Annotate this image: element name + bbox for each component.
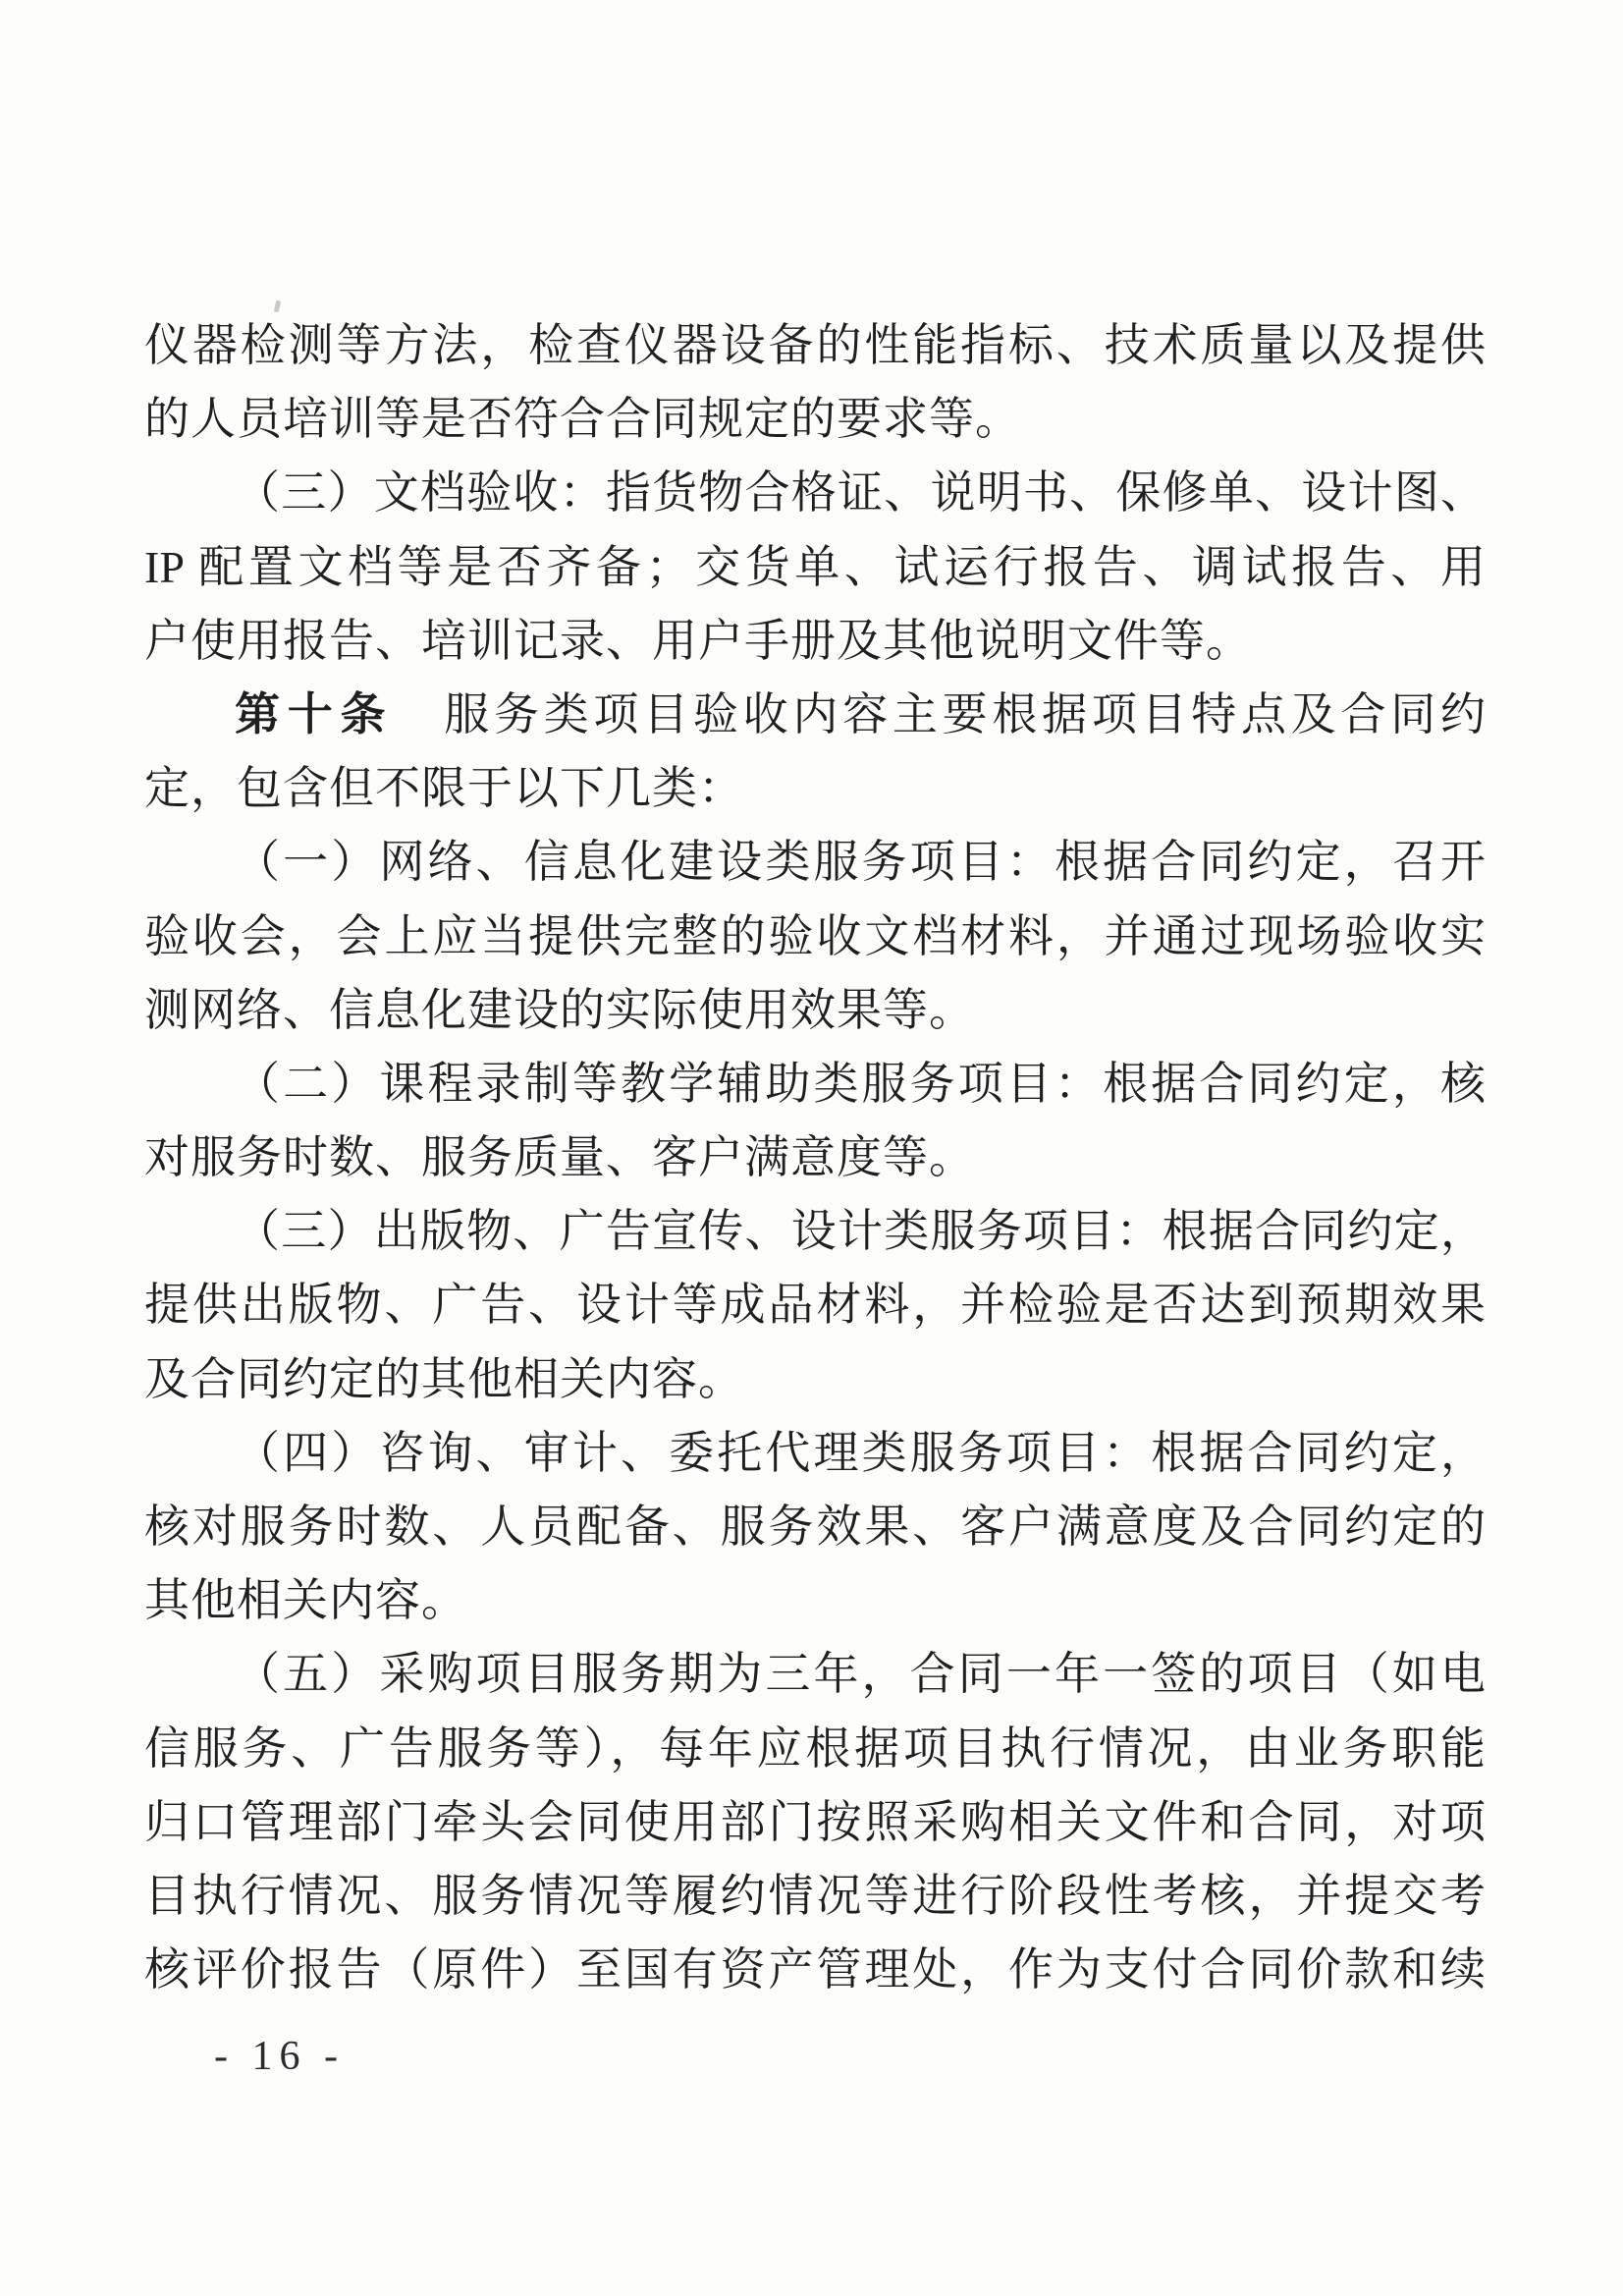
text-line: 仪器检测等方法，检查仪器设备的性能指标、技术质量以及提供 (144, 308, 1486, 382)
scanned-document-page: 仪器检测等方法，检查仪器设备的性能指标、技术质量以及提供 的人员培训等是否符合合… (0, 0, 1623, 2296)
text-line-article-10: 第十条服务类项目验收内容主要根据项目特点及合同约 (144, 678, 1486, 751)
text-line: （五）采购项目服务期为三年，合同一年一签的项目（如电 (144, 1637, 1486, 1711)
text-line: 的人员培训等是否符合合同规定的要求等。 (144, 382, 1486, 456)
text-line: 定，包含但不限于以下几类： (144, 751, 1486, 825)
text-line: 目执行情况、服务情况等履约情况等进行阶段性考核，并提交考 (144, 1859, 1486, 1933)
text-line: （一）网络、信息化建设类服务项目：根据合同约定，召开 (144, 825, 1486, 899)
text-line: 户使用报告、培训记录、用户手册及其他说明文件等。 (144, 604, 1486, 678)
text-line: 核对服务时数、人员配备、服务效果、客户满意度及合同约定的 (144, 1490, 1486, 1563)
text-line: （二）课程录制等教学辅助类服务项目：根据合同约定，核 (144, 1047, 1486, 1121)
document-body: 仪器检测等方法，检查仪器设备的性能指标、技术质量以及提供 的人员培训等是否符合合… (144, 308, 1486, 2006)
text-line: （四）咨询、审计、委托代理类服务项目：根据合同约定， (144, 1416, 1486, 1490)
page-number: - 16 - (214, 2033, 345, 2080)
text-line: （三）文档验收：指货物合格证、说明书、保修单、设计图、 (144, 456, 1486, 529)
text-line: 测网络、信息化建设的实际使用效果等。 (144, 973, 1486, 1047)
text-line: 验收会，会上应当提供完整的验收文档材料，并通过现场验收实 (144, 900, 1486, 973)
text-line: 提供出版物、广告、设计等成品材料，并检验是否达到预期效果 (144, 1268, 1486, 1341)
text-line: 及合同约定的其他相关内容。 (144, 1342, 1486, 1416)
article-10-text: 服务类项目验收内容主要根据项目特点及合同约 (444, 689, 1486, 739)
text-line: 归口管理部门牵头会同使用部门按照采购相关文件和合同，对项 (144, 1785, 1486, 1859)
text-line: 对服务时数、服务质量、客户满意度等。 (144, 1121, 1486, 1194)
text-line: IP 配置文档等是否齐备；交货单、试运行报告、调试报告、用 (144, 530, 1486, 604)
text-line: 其他相关内容。 (144, 1563, 1486, 1637)
text-line: 信服务、广告服务等），每年应根据项目执行情况，由业务职能 (144, 1712, 1486, 1785)
text-line: （三）出版物、广告宣传、设计类服务项目：根据合同约定， (144, 1194, 1486, 1268)
text-line: 核评价报告（原件）至国有资产管理处，作为支付合同价款和续 (144, 1933, 1486, 2006)
article-number-bold: 第十条 (235, 688, 393, 739)
